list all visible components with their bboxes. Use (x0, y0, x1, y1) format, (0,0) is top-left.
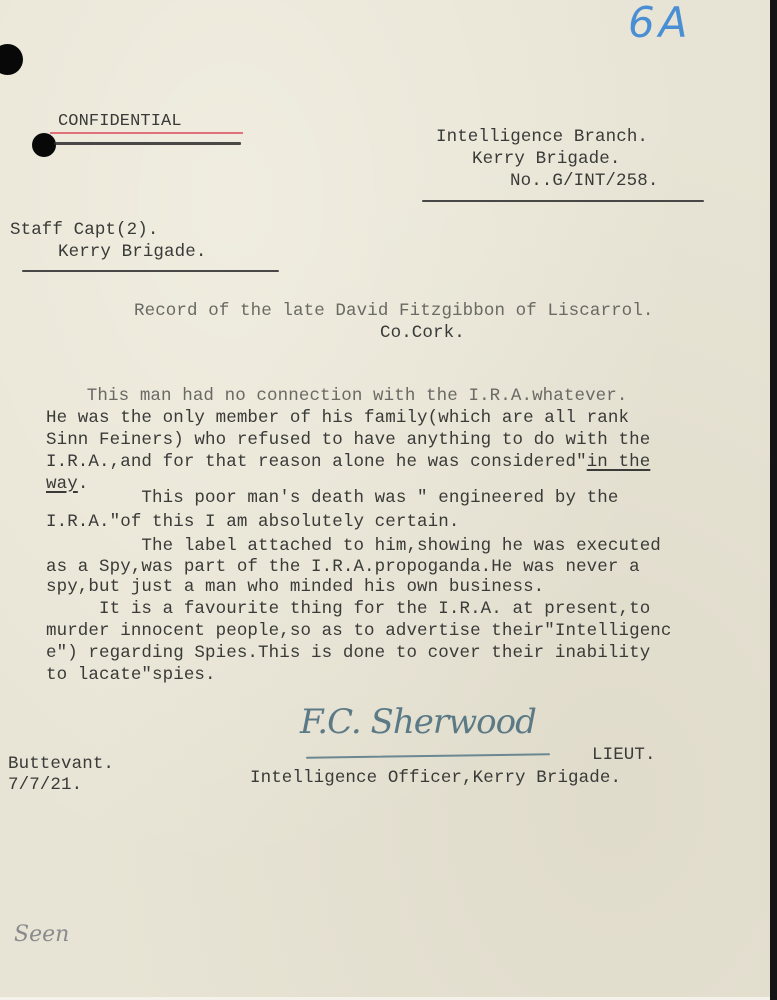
punch-hole-middle (32, 133, 56, 157)
body-line: He was the only member of his family(whi… (46, 407, 629, 429)
pencil-note: Seen (14, 922, 69, 947)
recipient-title: Staff Capt(2). (10, 219, 158, 241)
body-line: to lacate"spies. (46, 664, 216, 686)
signatory-title: Intelligence Officer,Kerry Brigade. (250, 767, 621, 789)
body-line: It is a favourite thing for the I.R.A. a… (46, 598, 650, 620)
page-number-annotation: 6A (628, 0, 691, 47)
body-line: as a Spy,was part of the I.R.A.propogand… (46, 556, 640, 578)
sender-rule (422, 200, 704, 202)
classification-red-underline (50, 132, 243, 134)
subject-line-1: Record of the late David Fitzgibbon of L… (134, 300, 653, 322)
punch-hole-top (0, 44, 23, 75)
body-text: I.R.A.,and for that reason alone he was … (46, 452, 587, 472)
body-line: Sinn Feiners) who refused to have anythi… (46, 429, 650, 451)
scan-border (770, 0, 777, 1000)
sender-reference: No..G/INT/258. (510, 170, 658, 192)
place-of-writing: Buttevant. (8, 753, 114, 775)
body-line: e") regarding Spies.This is done to cove… (46, 642, 650, 664)
body-line: This man had no connection with the I.R.… (55, 385, 628, 407)
body-line: murder innocent people,so as to advertis… (46, 620, 672, 642)
body-line: I.R.A.,and for that reason alone he was … (46, 451, 650, 473)
handwritten-signature: F.C. Sherwood (300, 702, 536, 742)
signatory-rank: LIEUT. (592, 744, 656, 766)
recipient-brigade: Kerry Brigade. (58, 241, 206, 263)
body-line: The label attached to him,showing he was… (46, 535, 661, 557)
subject-line-2: Co.Cork. (380, 322, 465, 344)
underlined-phrase: in the (587, 452, 651, 472)
sender-brigade: Kerry Brigade. (472, 148, 620, 170)
recipient-rule (22, 270, 279, 272)
body-line: This poor man's death was " engineered b… (46, 487, 619, 509)
classification-label: CONFIDENTIAL (58, 111, 182, 133)
classification-rule (54, 142, 241, 145)
letter-date: 7/7/21. (8, 774, 82, 796)
document-page: 6A CONFIDENTIAL Intelligence Branch. Ker… (0, 0, 770, 1000)
body-line: spy,but just a man who minded his own bu… (46, 576, 544, 598)
sender-branch: Intelligence Branch. (436, 126, 648, 148)
body-line: I.R.A."of this I am absolutely certain. (46, 511, 459, 533)
signature-underline (306, 753, 550, 758)
